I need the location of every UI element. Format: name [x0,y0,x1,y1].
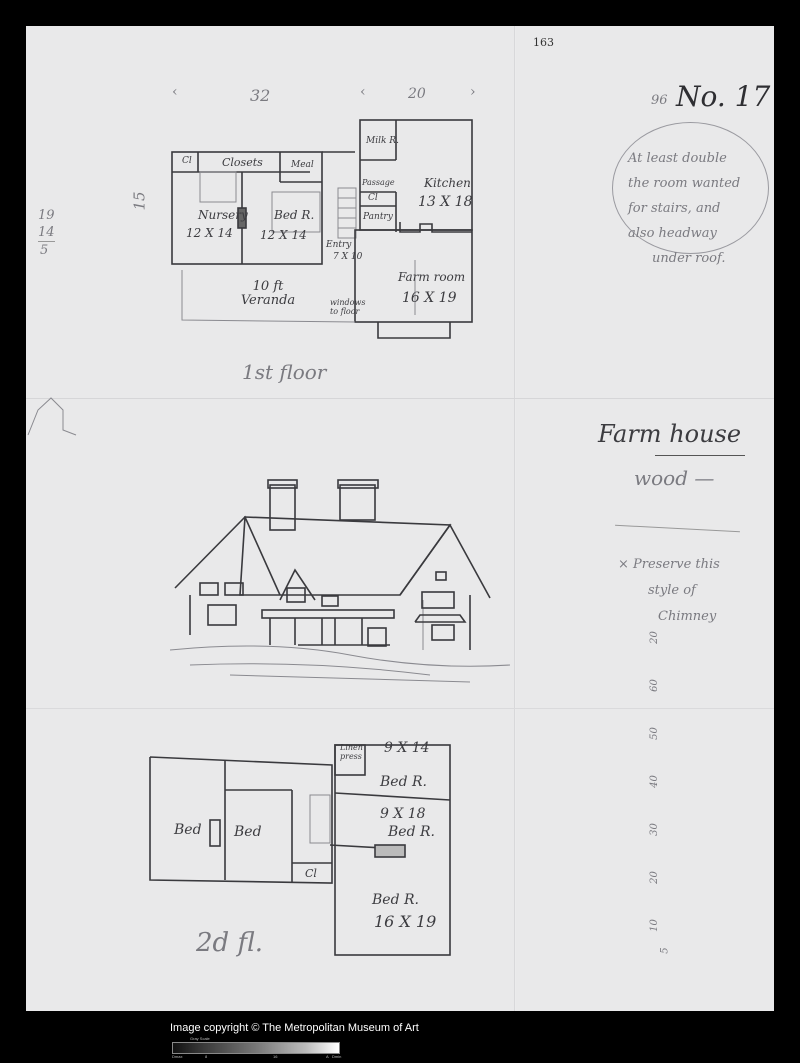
room-size: 9 X 14 [384,740,430,756]
catalog-prefix: 96 [651,93,668,108]
room-label: Cl [305,867,317,880]
room-label: Cl [368,193,378,203]
second-floor-label: 2d fl. [196,928,263,958]
ruler-mark: 60 [649,679,660,692]
note-line: under roof. [628,246,740,271]
room-label: Milk R. [366,136,399,146]
grayscale-tick: 16 [273,1054,277,1059]
room-label: Bed [234,824,262,840]
margin-sum: 19 14 5 [38,207,55,259]
note-line: for stairs, and [628,196,740,221]
ruler-mark: 30 [649,823,660,836]
room-label: Pantry [363,212,393,222]
dimension-left: 15 [131,191,149,210]
note-line: also headway [628,221,740,246]
room-label: Bed [174,822,202,838]
ruler-mark: 20 [649,871,660,884]
grayscale-title: Gray Scale [190,1036,210,1041]
first-floor-label: 1st floor [242,360,326,384]
page-fold-vertical [514,26,516,1011]
dim-arrow: › [470,84,476,100]
gable-sketch [26,390,86,440]
room-size: 9 X 18 [380,806,426,822]
margin-number: 19 [38,207,55,224]
room-size: 13 X 18 [418,194,473,210]
room-label: Kitchen [424,176,471,190]
sheet-number: No. 17 [676,80,770,113]
room-label: Meal [291,160,314,170]
room-label: Closets [222,156,263,169]
grayscale-tick: 8 [205,1054,207,1059]
room-size: 16 X 19 [402,290,457,306]
grayscale-bar [172,1042,340,1054]
dim-arrow: ‹ [360,84,366,100]
dim-arrow: ‹ [172,84,178,100]
chimney-note: × Preserve this style of Chimney [618,552,720,630]
room-label: Bed R. [372,892,419,908]
room-label: Bed R. [380,774,427,790]
dimension-top-left: 32 [250,86,270,105]
room-size: 12 X 14 [186,226,233,240]
room-label: Nursery [198,208,248,222]
room-label: Passage [362,178,395,187]
room-size: 7 X 10 [333,252,362,262]
material-note: wood — [634,466,714,490]
note-line: × Preserve this [618,552,720,578]
note-line: style of [618,578,720,604]
dimension-top-right: 20 [408,86,426,102]
ruler-mark: 40 [649,775,660,788]
room-label: Linen press [340,743,364,761]
room-size: 16 X 19 [374,912,436,931]
page-fold-horizontal [26,708,774,709]
house-elevation-sketch [170,460,510,690]
veranda-label: 10 ft Veranda [238,280,298,308]
note-line: the room wanted [628,171,740,196]
page-fold-horizontal [26,398,774,399]
page-number: 163 [533,36,554,49]
grayscale-label: Dmin [332,1054,341,1059]
room-size: 12 X 14 [260,228,307,242]
ruler-mark: 20 [649,631,660,644]
room-label: Bed R. [274,208,314,222]
room-label: Bed R. [388,824,435,840]
ruler-mark: 5 [660,947,671,953]
stairs-note: At least double the room wanted for stai… [628,146,740,271]
room-label: Farm room [398,270,465,284]
title-underline [655,455,745,456]
ruler-mark: 10 [649,919,660,932]
margin-number: 14 [38,224,55,241]
sheet-title: Farm house [598,420,741,448]
note-line: At least double [628,146,740,171]
room-label: Entry [326,240,351,250]
room-label: Cl [182,156,192,166]
margin-number: 5 [38,241,55,259]
grayscale-tick: A [326,1054,329,1059]
grayscale-label: Dmax [172,1054,182,1059]
ruler-mark: 50 [649,727,660,740]
note-line: Chimney [618,604,720,630]
windows-note: windows to floor [330,298,376,316]
copyright-notice: Image copyright © The Metropolitan Museu… [170,1022,419,1034]
